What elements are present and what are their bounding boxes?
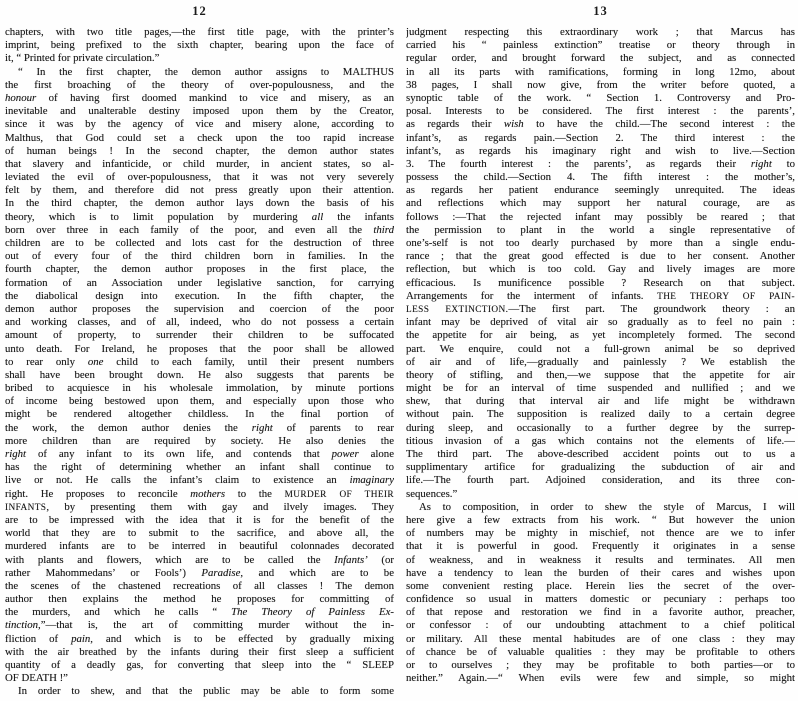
- text-line: of income being bestowed upon them, and …: [5, 395, 394, 408]
- page-text-right: judgment respecting this extraordinary w…: [406, 26, 795, 685]
- text-line: right. He proposes to reconcile mothers …: [5, 488, 394, 501]
- text-line: bribed to acquiesce in his wholesale imm…: [5, 382, 394, 395]
- text-line: OF DEATH !”: [5, 672, 394, 685]
- text-line: the first broaching of the theory of ove…: [5, 79, 394, 92]
- text-line: to rear only one child to each family, u…: [5, 356, 394, 369]
- text-line: that it is powerful in good. Frequently …: [406, 540, 795, 553]
- text-line: of human beings ! In the second chapter,…: [5, 145, 394, 158]
- page-right: 13 judgment respecting this extraordinar…: [406, 4, 795, 701]
- text-line: or confessor : of our undoubting attachm…: [406, 619, 795, 632]
- text-line: out of every four of the third children …: [5, 250, 394, 263]
- text-line: without pain. The supposition is realize…: [406, 408, 795, 421]
- text-line: 38 pages, I shall now give, from the wri…: [406, 79, 795, 92]
- text-line: murdered infants are to be interred in b…: [5, 540, 394, 553]
- text-line: inevitable and unalterable destiny impos…: [5, 105, 394, 118]
- text-line: rance ; that the great good effected is …: [406, 250, 795, 263]
- text-line: imprint, being prefixed to the sixth cha…: [5, 39, 394, 52]
- text-line: fourth chapter, the demon author propose…: [5, 263, 394, 276]
- text-line: 3. The fourth interest : the parents’, a…: [406, 158, 795, 171]
- text-line: has the right of determining whether an …: [5, 461, 394, 474]
- text-line: Arrangements for the interment of infant…: [406, 290, 795, 303]
- text-line: of numbers may be mighty in mischief, no…: [406, 527, 795, 540]
- text-line: live or not. He calls the infant’s claim…: [5, 474, 394, 487]
- text-line: author then explains the method he propo…: [5, 593, 394, 606]
- text-line: confidence so usual in matters domestic …: [406, 593, 795, 606]
- page-text-left: chapters, with two title pages,—the firs…: [5, 26, 394, 699]
- text-line: or military. All these mental habitudes …: [406, 633, 795, 646]
- text-line: as regards their wish to have the child.…: [406, 118, 795, 131]
- text-line: tinction,”—that is, the art of committin…: [5, 619, 394, 632]
- text-line: follows :—That the rejected infant may p…: [406, 211, 795, 224]
- text-line: infant may be deprived of vital air so g…: [406, 316, 795, 329]
- text-line: since it was by the agency of vice and m…: [5, 118, 394, 131]
- text-line: theory of stifling, and then,—we suppose…: [406, 369, 795, 382]
- text-line: have a tendency to lean the burden of th…: [406, 567, 795, 580]
- text-line: might be rendered altogether childless. …: [5, 408, 394, 421]
- text-line: with plants and flowers, which are to be…: [5, 554, 394, 567]
- text-line: as regards her patient endurance seeming…: [406, 184, 795, 197]
- text-line: possess the child.—Section 4. The fifth …: [406, 171, 795, 184]
- text-line: In the third chapter, the demon author l…: [5, 197, 394, 210]
- text-line: LESS EXTINCTION.—The first part. The gro…: [406, 303, 795, 316]
- text-line: amount of property, to surrender their c…: [5, 329, 394, 342]
- text-line: infant’s, as regards pain.—Section 2. Th…: [406, 132, 795, 145]
- text-line: chapters, with two title pages,—the firs…: [5, 26, 394, 39]
- text-line: shew, that during that interval air and …: [406, 395, 795, 408]
- text-line: during sleep, and occasionally to a furt…: [406, 422, 795, 435]
- text-line: children are to be collected and lots ca…: [5, 237, 394, 250]
- text-line: efficacious. Is munificence possible ? R…: [406, 277, 795, 290]
- text-line: neither.” Again.—“ When evils were few a…: [406, 672, 795, 685]
- text-line: rather Mahommedans’ or Fools’) Paradise,…: [5, 567, 394, 580]
- text-line: here give a few extracts from his work. …: [406, 514, 795, 527]
- text-line: demon author proposes the supervision an…: [5, 303, 394, 316]
- text-line: of that repose and restoration we find i…: [406, 606, 795, 619]
- text-line: with the air breathed by the infants dur…: [5, 646, 394, 659]
- text-line: the appetite for air being, as yet incom…: [406, 329, 795, 342]
- text-line: supplimentary artifice for gradualizing …: [406, 461, 795, 474]
- text-line: born over three in each family of the po…: [5, 224, 394, 237]
- text-line: synoptic table of the work. “ Section 1.…: [406, 92, 795, 105]
- text-line: the diabolical design into execution. In…: [5, 290, 394, 303]
- text-line: judgment respecting this extraordinary w…: [406, 26, 795, 39]
- text-line: are to be impressed with the idea that i…: [5, 514, 394, 527]
- text-line: “ In the first chapter, the demon author…: [5, 66, 394, 79]
- page-number-right: 13: [406, 4, 795, 20]
- text-line: the permission to plant in the world a s…: [406, 224, 795, 237]
- text-line: of weakness, and in weakness it results …: [406, 554, 795, 567]
- text-line: In order to shew, and that the public ma…: [5, 685, 394, 698]
- text-line: As to composition, in order to shew the …: [406, 501, 795, 514]
- text-line: part. We enquire, could not a full-grown…: [406, 343, 795, 356]
- text-line: it, “ Printed for private circulation.”: [5, 52, 394, 65]
- text-line: might be for an interval of time suspend…: [406, 382, 795, 395]
- text-line: reflection, but which is too cold. Gay a…: [406, 263, 795, 276]
- page-number-left: 12: [5, 4, 394, 20]
- text-line: infant’s, as regards his imaginary right…: [406, 145, 795, 158]
- text-line: quantity of a deadly gas, for converting…: [5, 659, 394, 672]
- text-line: unto death. For Ireland, he proposes tha…: [5, 343, 394, 356]
- text-line: and working classes, and of all, indeed,…: [5, 316, 394, 329]
- text-line: the work, the demon author denies the ri…: [5, 422, 394, 435]
- text-line: life.—The fourth part. Adjoined consider…: [406, 474, 795, 487]
- text-line: formation of an Association under legisl…: [5, 277, 394, 290]
- book-spread: 12 chapters, with two title pages,—the f…: [0, 0, 798, 701]
- text-line: more children than are required by socie…: [5, 435, 394, 448]
- text-line: right of any infant to its own life, and…: [5, 448, 394, 461]
- text-line: theory, which is to limit population by …: [5, 211, 394, 224]
- text-line: posal. Interests to be considered. The f…: [406, 105, 795, 118]
- text-line: felt by them, and therefore did not pres…: [5, 184, 394, 197]
- text-line: one’s-self is not too dearly purchased b…: [406, 237, 795, 250]
- text-line: Malthus, that God could set a check upon…: [5, 132, 394, 145]
- text-line: or to ourselves ; they may be profitable…: [406, 659, 795, 672]
- text-line: honour of having first doomed mankind to…: [5, 92, 394, 105]
- text-line: sequences.”: [406, 488, 795, 501]
- text-line: and reflections which may support her na…: [406, 197, 795, 210]
- page-left: 12 chapters, with two title pages,—the f…: [5, 4, 394, 701]
- text-line: The third part. The above-described acci…: [406, 448, 795, 461]
- text-line: in all its parts with ramifications, for…: [406, 66, 795, 79]
- text-line: INFANTS, by presenting them with gay and…: [5, 501, 394, 514]
- text-line: of air and of life,—gradually and painle…: [406, 356, 795, 369]
- text-line: that slavery and infanticide, or child m…: [5, 158, 394, 171]
- text-line: carried his “ painless extinction” treat…: [406, 39, 795, 52]
- text-line: leviated the evil of over-populousness, …: [5, 171, 394, 184]
- text-line: the murders, and which he calls “ The Th…: [5, 606, 394, 619]
- text-line: the scenes of the chastened recreations …: [5, 580, 394, 593]
- text-line: titious invasion of a gas which contains…: [406, 435, 795, 448]
- text-line: shall have been brought down. He also su…: [5, 369, 394, 382]
- text-line: fliction of pain, and which is to be eff…: [5, 633, 394, 646]
- text-line: of chance be of valuable qualities : the…: [406, 646, 795, 659]
- text-line: world that they are to submit to the sac…: [5, 527, 394, 540]
- text-line: regular order, and brought forward the s…: [406, 52, 795, 65]
- text-line: some convenient resting place. Herein li…: [406, 580, 795, 593]
